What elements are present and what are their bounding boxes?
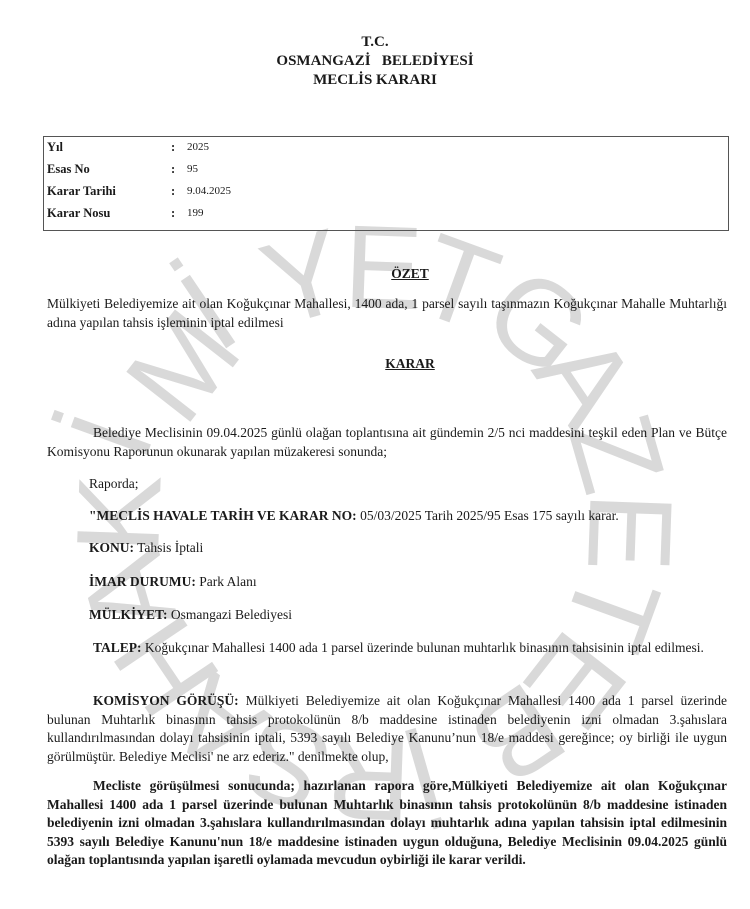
- info-label: Esas No: [47, 162, 167, 177]
- karar-heading: KARAR: [0, 356, 750, 372]
- header-decision-type: MECLİS KARARI: [0, 71, 750, 90]
- karar-intro: Belediye Meclisinin 09.04.2025 günlü ola…: [47, 424, 727, 461]
- header-municipality: OSMANGAZİ BELEDİYESİ: [0, 52, 750, 71]
- imar-label: İMAR DURUMU:: [89, 574, 196, 589]
- talep-label: TALEP:: [93, 640, 142, 655]
- ozet-heading: ÖZET: [0, 266, 750, 282]
- konu-label: KONU:: [89, 540, 134, 555]
- mulkiyet-label: MÜLKİYET:: [89, 607, 168, 622]
- info-label: Karar Nosu: [47, 206, 167, 221]
- info-separator: :: [171, 184, 175, 199]
- imar-value: Park Alanı: [196, 574, 257, 589]
- info-label: Karar Tarihi: [47, 184, 167, 199]
- info-value: 9.04.2025: [187, 185, 231, 197]
- sonuc-paragraph: Mecliste görüşülmesi sonucunda; hazırlan…: [47, 777, 727, 870]
- komisyon-paragraph: KOMİSYON GÖRÜŞÜ: Mülkiyeti Belediyemize …: [47, 692, 727, 766]
- info-value: 2025: [187, 141, 209, 153]
- info-separator: :: [171, 206, 175, 221]
- talep-value: Koğukçınar Mahallesi 1400 ada 1 parsel ü…: [142, 640, 704, 655]
- komisyon-label: KOMİSYON GÖRÜŞÜ:: [93, 693, 239, 708]
- konu-value: Tahsis İptali: [134, 540, 203, 555]
- mulkiyet-value: Osmangazi Belediyesi: [168, 607, 292, 622]
- watermark-letter: E: [560, 490, 699, 573]
- karar-intro-text: Belediye Meclisinin 09.04.2025 günlü ola…: [47, 424, 727, 461]
- info-value: 199: [187, 207, 204, 219]
- havale-line: "MECLİS HAVALE TARİH VE KARAR NO: 05/03/…: [89, 508, 619, 524]
- document-header: T.C. OSMANGAZİ BELEDİYESİ MECLİS KARARI: [0, 33, 750, 90]
- havale-label: "MECLİS HAVALE TARİH VE KARAR NO:: [89, 508, 357, 523]
- info-label: Yıl: [47, 140, 167, 155]
- talep-paragraph: TALEP: Koğukçınar Mahallesi 1400 ada 1 p…: [47, 639, 727, 658]
- mulkiyet-line: MÜLKİYET: Osmangazi Belediyesi: [89, 607, 292, 623]
- info-separator: :: [171, 162, 175, 177]
- imar-line: İMAR DURUMU: Park Alanı: [89, 574, 257, 590]
- konu-line: KONU: Tahsis İptali: [89, 540, 203, 556]
- info-separator: :: [171, 140, 175, 155]
- header-tc: T.C.: [0, 33, 750, 52]
- havale-value: 05/03/2025 Tarih 2025/95 Esas 175 sayılı…: [357, 508, 619, 523]
- ozet-text: Mülkiyeti Belediyemize ait olan Koğukçın…: [47, 295, 727, 332]
- decision-info-box: Yıl : 2025 Esas No : 95 Karar Tarihi : 9…: [43, 136, 729, 231]
- raporda-label: Raporda;: [89, 476, 139, 492]
- info-value: 95: [187, 163, 198, 175]
